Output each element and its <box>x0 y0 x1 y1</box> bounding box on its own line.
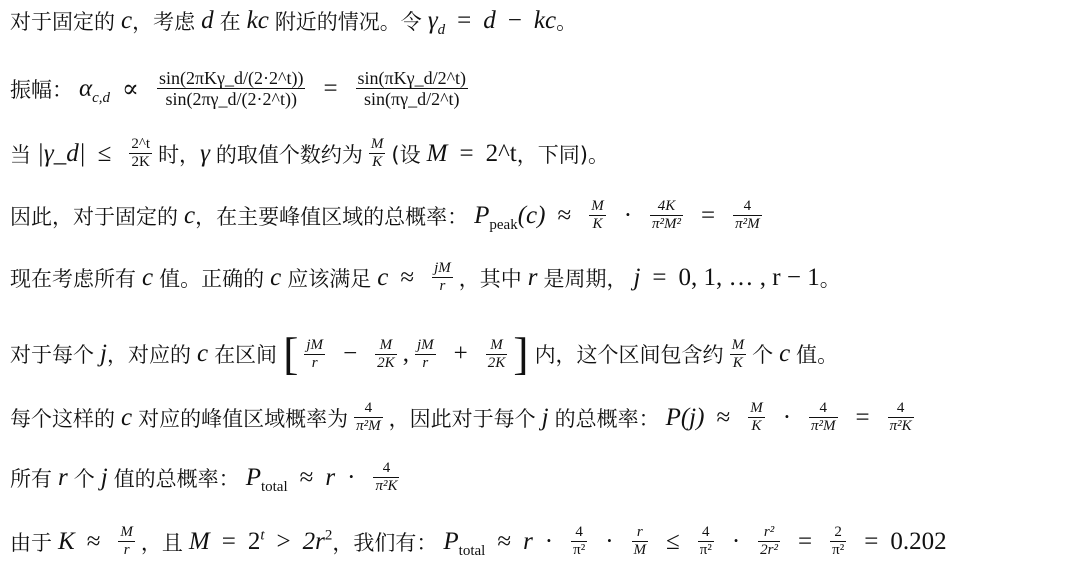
fraction: r²2r² <box>758 524 780 559</box>
text: 值的总概率： <box>114 463 240 493</box>
text: 应该满足 <box>287 263 371 293</box>
fraction: jMr <box>304 337 325 372</box>
text: 所有 <box>10 463 52 493</box>
approx: ≈ <box>497 528 511 556</box>
equals: = <box>459 140 473 168</box>
text: ，且 <box>141 527 183 557</box>
var-r: r <box>523 528 533 556</box>
var-kc: kc <box>247 7 269 35</box>
text: ，在主要峰值区域的总概率： <box>195 201 468 231</box>
left-bracket: [ <box>283 334 298 374</box>
text: ，下同)。 <box>517 139 609 169</box>
fraction: 4π² <box>571 524 587 559</box>
text: 在 <box>220 6 241 36</box>
text: 由于 <box>10 527 52 557</box>
text: 在区间 <box>214 339 277 369</box>
var-j: j <box>542 404 549 432</box>
text: (设 <box>391 139 420 169</box>
text: 。 <box>820 263 841 293</box>
text: ，考虑 <box>132 6 195 36</box>
fraction: MK <box>730 337 747 372</box>
fraction: 4π²M <box>354 400 383 435</box>
fraction: 4π²M <box>733 198 762 233</box>
line-amplitude: 振幅： αc,d ∝ sin(2πKγ_d/(2·2^t))sin(2πγ_d/… <box>10 68 474 109</box>
var-c: c <box>121 7 132 35</box>
P-total: Ptotal <box>246 464 288 492</box>
text: 时， <box>158 139 200 169</box>
fraction: 4π²K <box>888 400 914 435</box>
approx: ≈ <box>716 404 730 432</box>
text: 对于固定的 <box>10 6 115 36</box>
text: ，我们有： <box>332 527 437 557</box>
text: 个 <box>752 339 773 369</box>
fraction: MK <box>589 198 606 233</box>
var-r: r <box>58 464 68 492</box>
line-peak-probability: 因此，对于固定的 c ，在主要峰值区域的总概率： Ppeak(c) ≈ MK ·… <box>10 198 768 233</box>
text: 的取值个数约为 <box>216 139 363 169</box>
line-all-c: 现在考虑所有 c 值。正确的 c 应该满足 c ≈ jMr ，其中 r 是周期，… <box>10 260 841 295</box>
P-total: Ptotal <box>443 528 485 556</box>
fraction: 4π²K <box>373 460 399 495</box>
fraction: jMr <box>432 260 453 295</box>
gamma-d: γd <box>428 7 445 35</box>
var-c: c <box>779 340 790 368</box>
fraction: M2K <box>486 337 508 372</box>
fraction: 2π² <box>830 524 846 559</box>
P-j: P(j) <box>666 404 705 432</box>
dot: · <box>732 528 740 556</box>
greater-than: > <box>277 528 291 556</box>
text: 内，这个区间包含约 <box>535 339 724 369</box>
approx: ≈ <box>300 464 314 492</box>
label-amplitude: 振幅： <box>10 74 73 104</box>
var-d: d <box>201 7 214 35</box>
text: ，其中 <box>459 263 522 293</box>
equals: = <box>701 202 715 230</box>
text: 的总概率： <box>555 403 660 433</box>
var-c: c <box>142 264 153 292</box>
fraction: MK <box>748 400 765 435</box>
fraction: sin(πKγ_d/2^t)sin(πγ_d/2^t) <box>356 68 468 109</box>
var-r: r <box>528 264 538 292</box>
text: 当 <box>10 139 31 169</box>
var-M: M <box>427 140 448 168</box>
sequence: 0, 1, … , r − 1 <box>679 264 820 292</box>
dot: · <box>605 528 613 556</box>
line-total-probability: 所有 r 个 j 值的总概率： Ptotal ≈ r · 4π²K <box>10 460 405 495</box>
text: 对于每个 <box>10 339 94 369</box>
text: 值。 <box>796 339 838 369</box>
equals: = <box>856 404 870 432</box>
equals: = <box>652 264 666 292</box>
two-pow-t: 2^t <box>486 140 517 168</box>
fraction: rM <box>632 524 649 559</box>
var-c: c <box>270 264 281 292</box>
minus: − <box>508 7 522 35</box>
text: 附近的情况。令 <box>275 6 422 36</box>
P-peak: Ppeak(c) <box>474 202 545 230</box>
two-pow-t: 2t <box>248 528 265 556</box>
var-d: d <box>483 7 496 35</box>
text: 因此，对于固定的 <box>10 201 178 231</box>
dot: · <box>624 202 632 230</box>
le: ≤ <box>98 140 112 168</box>
approx: ≈ <box>87 528 101 556</box>
var-c: c <box>197 340 208 368</box>
fraction: 2^t2K <box>129 136 152 171</box>
text: 是周期， <box>543 263 627 293</box>
result-value: 0.202 <box>890 528 946 556</box>
var-j: j <box>633 264 640 292</box>
fraction: 4Kπ²M² <box>650 198 683 233</box>
var-r: r <box>325 464 335 492</box>
dot: · <box>347 464 355 492</box>
text: ，对应的 <box>107 339 191 369</box>
plus: + <box>454 340 468 368</box>
var-c: c <box>377 264 388 292</box>
line-final-bound: 由于 K ≈ Mr ，且 M = 2t > 2r2 ，我们有： Ptotal ≈… <box>10 524 947 559</box>
equals: = <box>798 528 812 556</box>
dot: · <box>783 404 791 432</box>
gamma: γ <box>200 140 210 168</box>
fraction: sin(2πKγ_d/(2·2^t))sin(2πγ_d/(2·2^t)) <box>157 68 305 109</box>
var-K: K <box>58 528 75 556</box>
approx: ≈ <box>400 264 414 292</box>
approx: ≈ <box>557 202 571 230</box>
text: 。 <box>556 6 577 36</box>
line-gamma-count: 当 |γ_d| ≤ 2^t2K 时， γ 的取值个数约为 MK (设 M = 2… <box>10 136 609 171</box>
dot: · <box>545 528 553 556</box>
two-r-squared: 2r2 <box>303 528 333 556</box>
var-c: c <box>184 202 195 230</box>
text: ，因此对于每个 <box>389 403 536 433</box>
right-bracket: ] <box>513 334 528 374</box>
minus: − <box>343 340 357 368</box>
text: 对应的峰值区域概率为 <box>138 403 348 433</box>
equals: = <box>457 7 471 35</box>
le: ≤ <box>666 528 680 556</box>
fraction: M2K <box>375 337 397 372</box>
var-j: j <box>101 464 108 492</box>
text: 现在考虑所有 <box>10 263 136 293</box>
fraction: 4π² <box>698 524 714 559</box>
equals: = <box>222 528 236 556</box>
var-kc: kc <box>534 7 556 35</box>
line-per-j-probability: 每个这样的 c 对应的峰值区域概率为 4π²M ，因此对于每个 j 的总概率： … <box>10 400 920 435</box>
text: 个 <box>74 463 95 493</box>
fraction: jMr <box>415 337 436 372</box>
var-M: M <box>189 528 210 556</box>
line-definition: 对于固定的 c ，考虑 d 在 kc 附近的情况。令 γd = d − kc 。 <box>10 6 577 36</box>
var-j: j <box>100 340 107 368</box>
var-c: c <box>121 404 132 432</box>
text: 每个这样的 <box>10 403 115 433</box>
proportional: ∝ <box>122 74 139 104</box>
alpha-cd: αc,d <box>79 75 110 103</box>
equals: = <box>323 75 337 103</box>
fraction: 4π²M <box>809 400 838 435</box>
abs-gamma-d: |γ_d| <box>37 140 86 168</box>
fraction: MK <box>369 136 386 171</box>
text: 值。正确的 <box>159 263 264 293</box>
line-interval: 对于每个 j ，对应的 c 在区间 [ jMr − M2K , jMr + M2… <box>10 334 838 374</box>
equals: = <box>864 528 878 556</box>
fraction: Mr <box>118 524 135 559</box>
